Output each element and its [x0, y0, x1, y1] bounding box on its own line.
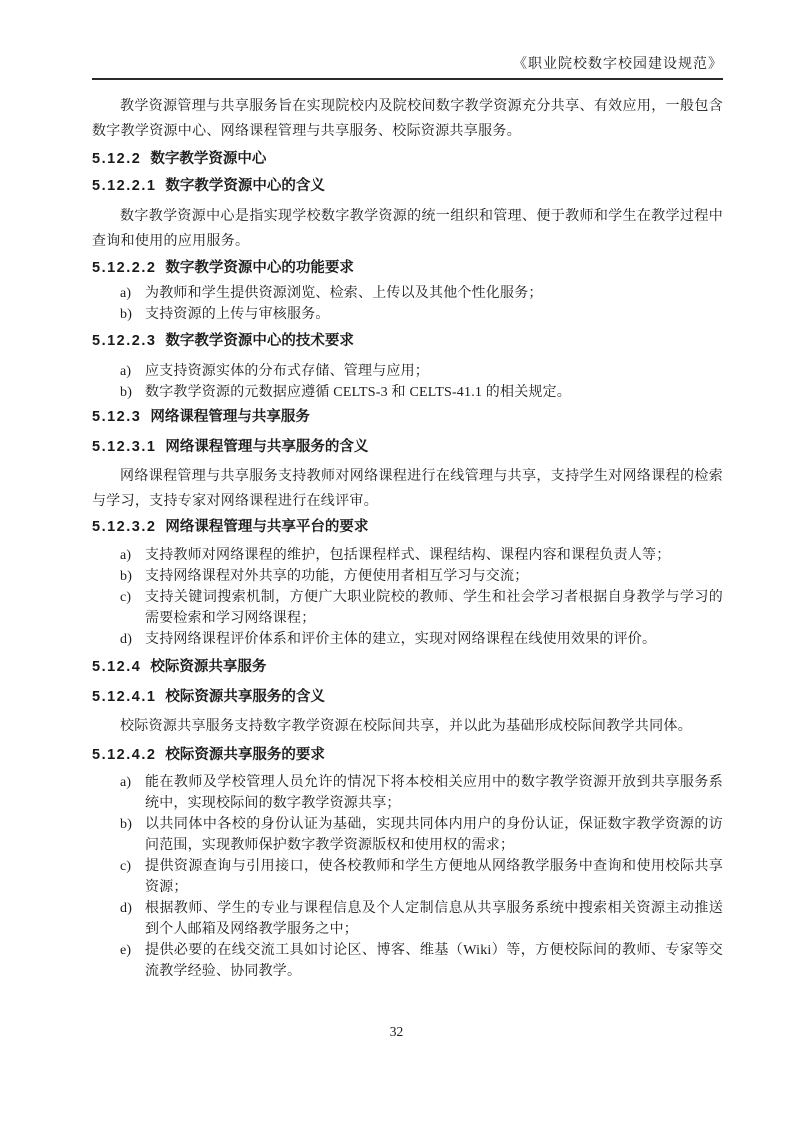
list-item-text: 数字教学资源的元数据应遵循 CELTS-3 和 CELTS-41.1 的相关规定…: [145, 385, 571, 400]
list-item-text: 能在教师及学校管理人员允许的情况下将本校相关应用中的数字教学资源开放到共享服务系…: [145, 775, 723, 811]
list-item-label: b): [120, 304, 132, 325]
section-heading-5-12-3: 5.12.3网络课程管理与共享服务: [92, 408, 723, 426]
document-page: 《职业院校数字校园建设规范》 教学资源管理与共享服务旨在实现院校内及院校间数字教…: [0, 0, 793, 1122]
page-number: 32: [0, 1024, 793, 1040]
list-item-label: b): [120, 382, 132, 403]
section-title: 网络课程管理与共享平台的要求: [165, 519, 368, 535]
section-paragraph: 网络课程管理与共享服务支持教师对网络课程进行在线管理与共享，支持学生对网络课程的…: [92, 464, 723, 514]
list-item: a)能在教师及学校管理人员允许的情况下将本校相关应用中的数字教学资源开放到共享服…: [92, 772, 723, 814]
list-item: b)支持网络课程对外共享的功能，方便使用者相互学习与交流；: [92, 566, 723, 587]
list-item: a)应支持资源实体的分布式存储、管理与应用；: [92, 361, 723, 382]
section-title: 数字教学资源中心的含义: [165, 178, 325, 194]
section-heading-5-12-2-3: 5.12.2.3数字教学资源中心的技术要求: [92, 332, 723, 350]
list-item-label: a): [120, 772, 131, 793]
section-number: 5.12.2.2: [92, 260, 156, 276]
list-item-text: 应支持资源实体的分布式存储、管理与应用；: [145, 364, 429, 379]
list-item-text: 提供必要的在线交流工具如讨论区、博客、维基（Wiki）等，方便校际间的教师、专家…: [145, 943, 723, 979]
section-title: 校际资源共享服务的含义: [165, 689, 325, 705]
running-header: 《职业院校数字校园建设规范》: [92, 57, 723, 80]
list-item: b)支持资源的上传与审核服务。: [92, 304, 723, 325]
section-paragraph: 数字教学资源中心是指实现学校数字教学资源的统一组织和管理、便于教师和学生在教学过…: [92, 204, 723, 254]
list-item-label: a): [120, 361, 131, 382]
list-item-label: e): [120, 940, 131, 961]
section-title: 网络课程管理与共享服务: [150, 409, 310, 425]
requirement-list: a)能在教师及学校管理人员允许的情况下将本校相关应用中的数字教学资源开放到共享服…: [92, 772, 723, 982]
section-heading-5-12-2-2: 5.12.2.2数字教学资源中心的功能要求: [92, 259, 723, 277]
list-item-label: c): [120, 856, 131, 877]
list-item: b)以共同体中各校的身份认证为基础，实现共同体内用户的身份认证，保证数字教学资源…: [92, 814, 723, 856]
requirement-list: a)应支持资源实体的分布式存储、管理与应用； b)数字教学资源的元数据应遵循 C…: [92, 361, 723, 403]
section-heading-5-12-4-1: 5.12.4.1校际资源共享服务的含义: [92, 688, 723, 706]
section-number: 5.12.4.1: [92, 689, 156, 705]
list-item-label: a): [120, 545, 131, 566]
list-item-label: d): [120, 898, 132, 919]
section-number: 5.12.4: [92, 659, 141, 675]
list-item: e)提供必要的在线交流工具如讨论区、博客、维基（Wiki）等，方便校际间的教师、…: [92, 940, 723, 982]
section-title: 网络课程管理与共享服务的含义: [165, 439, 368, 455]
list-item: a)支持教师对网络课程的维护，包括课程样式、课程结构、课程内容和课程负责人等；: [92, 545, 723, 566]
list-item: d)根据教师、学生的专业与课程信息及个人定制信息从共享服务系统中搜索相关资源主动…: [92, 898, 723, 940]
section-paragraph: 校际资源共享服务支持数字教学资源在校际间共享，并以此为基础形成校际间教学共同体。: [92, 714, 723, 739]
section-number: 5.12.2.3: [92, 333, 156, 349]
intro-paragraph: 教学资源管理与共享服务旨在实现院校内及院校间数字教学资源充分共享、有效应用，一般…: [92, 94, 723, 144]
list-item-text: 支持资源的上传与审核服务。: [145, 307, 330, 322]
list-item-text: 以共同体中各校的身份认证为基础，实现共同体内用户的身份认证，保证数字教学资源的访…: [145, 817, 723, 853]
list-item-label: b): [120, 814, 132, 835]
section-title: 数字教学资源中心的功能要求: [165, 260, 354, 276]
section-heading-5-12-2-1: 5.12.2.1数字教学资源中心的含义: [92, 177, 723, 195]
requirement-list: a)为教师和学生提供资源浏览、检索、上传以及其他个性化服务； b)支持资源的上传…: [92, 283, 723, 325]
section-number: 5.12.3: [92, 409, 141, 425]
list-item-label: a): [120, 283, 131, 304]
section-heading-5-12-3-2: 5.12.3.2网络课程管理与共享平台的要求: [92, 518, 723, 536]
list-item-text: 为教师和学生提供资源浏览、检索、上传以及其他个性化服务；: [145, 286, 543, 301]
section-heading-5-12-2: 5.12.2数字教学资源中心: [92, 150, 723, 168]
list-item: b)数字教学资源的元数据应遵循 CELTS-3 和 CELTS-41.1 的相关…: [92, 382, 723, 403]
section-title: 数字教学资源中心: [150, 151, 266, 167]
section-number: 5.12.3.1: [92, 439, 156, 455]
list-item-text: 支持网络课程评价体系和评价主体的建立，实现对网络课程在线使用效果的评价。: [145, 632, 656, 647]
section-number: 5.12.2.1: [92, 178, 156, 194]
list-item-label: b): [120, 566, 132, 587]
list-item: a)为教师和学生提供资源浏览、检索、上传以及其他个性化服务；: [92, 283, 723, 304]
section-heading-5-12-3-1: 5.12.3.1网络课程管理与共享服务的含义: [92, 438, 723, 456]
section-title: 数字教学资源中心的技术要求: [165, 333, 354, 349]
list-item-label: c): [120, 587, 131, 608]
list-item-label: d): [120, 629, 132, 650]
list-item-text: 支持关键词搜索机制，方便广大职业院校的教师、学生和社会学习者根据自身教学与学习的…: [145, 590, 723, 626]
list-item-text: 支持网络课程对外共享的功能，方便使用者相互学习与交流；: [145, 569, 528, 584]
list-item: c)支持关键词搜索机制，方便广大职业院校的教师、学生和社会学习者根据自身教学与学…: [92, 587, 723, 629]
section-heading-5-12-4-2: 5.12.4.2校际资源共享服务的要求: [92, 746, 723, 764]
section-number: 5.12.2: [92, 151, 141, 167]
section-number: 5.12.4.2: [92, 747, 156, 763]
list-item-text: 根据教师、学生的专业与课程信息及个人定制信息从共享服务系统中搜索相关资源主动推送…: [145, 901, 723, 937]
list-item-text: 支持教师对网络课程的维护，包括课程样式、课程结构、课程内容和课程负责人等；: [145, 548, 670, 563]
requirement-list: a)支持教师对网络课程的维护，包括课程样式、课程结构、课程内容和课程负责人等； …: [92, 545, 723, 650]
list-item: d)支持网络课程评价体系和评价主体的建立，实现对网络课程在线使用效果的评价。: [92, 629, 723, 650]
list-item-text: 提供资源查询与引用接口，使各校教师和学生方便地从网络教学服务中查询和使用校际共享…: [145, 859, 723, 895]
section-title: 校际资源共享服务的要求: [165, 747, 325, 763]
running-header-title: 《职业院校数字校园建设规范》: [513, 57, 723, 72]
list-item: c)提供资源查询与引用接口，使各校教师和学生方便地从网络教学服务中查询和使用校际…: [92, 856, 723, 898]
section-heading-5-12-4: 5.12.4校际资源共享服务: [92, 658, 723, 676]
section-number: 5.12.3.2: [92, 519, 156, 535]
section-title: 校际资源共享服务: [150, 659, 266, 675]
